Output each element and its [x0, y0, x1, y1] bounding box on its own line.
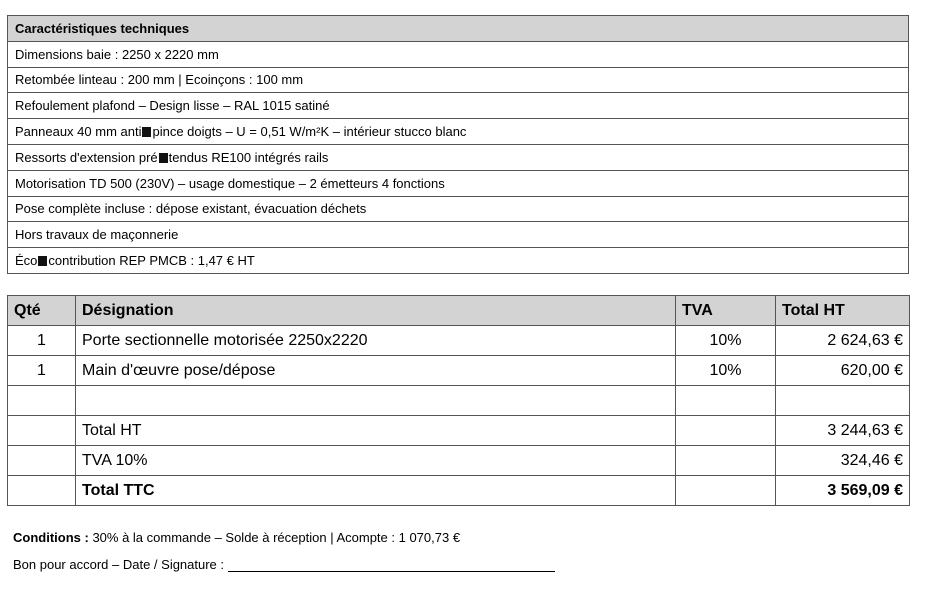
- spec-text: Ressorts d'extension pré: [15, 150, 158, 165]
- cell-tva: [676, 476, 776, 506]
- signature-field[interactable]: [228, 559, 555, 572]
- cell-total: 620,00 €: [776, 356, 910, 386]
- item-row: Total TTC3 569,09 €: [8, 476, 910, 506]
- spec-text: Refoulement plafond – Design lisse – RAL…: [15, 98, 330, 113]
- item-row: Total HT3 244,63 €: [8, 416, 910, 446]
- spec-row: Écocontribution REP PMCB : 1,47 € HT: [8, 248, 909, 274]
- cell-tva: [676, 416, 776, 446]
- cell-tva: [676, 386, 776, 416]
- cell-total: [776, 386, 910, 416]
- header-designation: Désignation: [76, 296, 676, 326]
- spec-row: Pose complète incluse : dépose existant,…: [8, 196, 909, 222]
- cell-qty: [8, 476, 76, 506]
- item-row: 1Main d'œuvre pose/dépose10%620,00 €: [8, 356, 910, 386]
- specs-title: Caractéristiques techniques: [8, 16, 909, 42]
- signature-line: Bon pour accord – Date / Signature :: [13, 557, 555, 572]
- spec-text: Pose complète incluse : dépose existant,…: [15, 201, 366, 216]
- cell-total: 324,46 €: [776, 446, 910, 476]
- cell-tva: [676, 446, 776, 476]
- cell-designation: Total TTC: [76, 476, 676, 506]
- spec-row: Ressorts d'extension prétendus RE100 int…: [8, 144, 909, 170]
- payment-conditions: Conditions : 30% à la commande – Solde à…: [13, 530, 460, 545]
- cell-tva: 10%: [676, 326, 776, 356]
- spec-text: Panneaux 40 mm anti: [15, 124, 141, 139]
- redaction-mark: [159, 153, 168, 163]
- cell-designation: Main d'œuvre pose/dépose: [76, 356, 676, 386]
- spec-row: Retombée linteau : 200 mm | Ecoinçons : …: [8, 67, 909, 93]
- cell-qty: [8, 446, 76, 476]
- cell-qty: [8, 386, 76, 416]
- cell-total: 3 244,63 €: [776, 416, 910, 446]
- cell-designation: Porte sectionnelle motorisée 2250x2220: [76, 326, 676, 356]
- conditions-text: 30% à la commande – Solde à réception | …: [89, 530, 460, 545]
- spec-row: Panneaux 40 mm antipince doigts – U = 0,…: [8, 119, 909, 145]
- cell-designation: [76, 386, 676, 416]
- cell-tva: 10%: [676, 356, 776, 386]
- header-qty: Qté: [8, 296, 76, 326]
- spec-row: Hors travaux de maçonnerie: [8, 222, 909, 248]
- cell-designation: Total HT: [76, 416, 676, 446]
- technical-specs-table: Caractéristiques techniques Dimensions b…: [7, 15, 909, 274]
- cell-qty: 1: [8, 356, 76, 386]
- item-row: 1Porte sectionnelle motorisée 2250x22201…: [8, 326, 910, 356]
- header-tva: TVA: [676, 296, 776, 326]
- spec-text: Hors travaux de maçonnerie: [15, 227, 178, 242]
- item-row: [8, 386, 910, 416]
- spec-text: Retombée linteau : 200 mm | Ecoinçons : …: [15, 72, 303, 87]
- cell-total: 2 624,63 €: [776, 326, 910, 356]
- spec-row: Motorisation TD 500 (230V) – usage domes…: [8, 170, 909, 196]
- quote-items-table: Qté Désignation TVA Total HT 1Porte sect…: [7, 295, 910, 506]
- spec-row: Refoulement plafond – Design lisse – RAL…: [8, 93, 909, 119]
- signature-label: Bon pour accord – Date / Signature :: [13, 557, 228, 572]
- cell-qty: 1: [8, 326, 76, 356]
- spec-text: Éco: [15, 253, 37, 268]
- header-total-ht: Total HT: [776, 296, 910, 326]
- spec-row: Dimensions baie : 2250 x 2220 mm: [8, 41, 909, 67]
- spec-text: contribution REP PMCB : 1,47 € HT: [48, 253, 254, 268]
- redaction-mark: [38, 256, 47, 266]
- redaction-mark: [142, 127, 151, 137]
- spec-text: Motorisation TD 500 (230V) – usage domes…: [15, 176, 445, 191]
- item-row: TVA 10%324,46 €: [8, 446, 910, 476]
- cell-total: 3 569,09 €: [776, 476, 910, 506]
- cell-qty: [8, 416, 76, 446]
- conditions-label: Conditions :: [13, 530, 89, 545]
- cell-designation: TVA 10%: [76, 446, 676, 476]
- spec-text: Dimensions baie : 2250 x 2220 mm: [15, 47, 219, 62]
- spec-text: pince doigts – U = 0,51 W/m²K – intérieu…: [152, 124, 466, 139]
- spec-text: tendus RE100 intégrés rails: [169, 150, 329, 165]
